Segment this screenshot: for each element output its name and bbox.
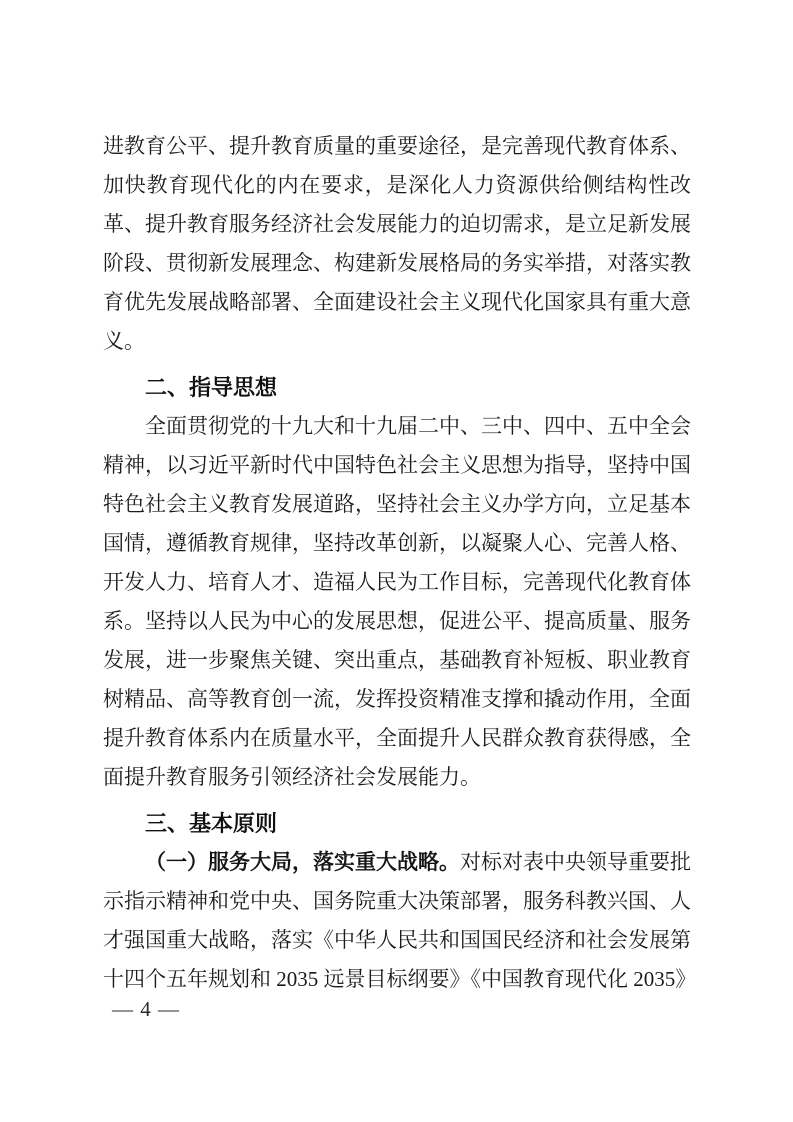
lead-phrase-serve-overall-situation: （一）服务大局，落实重大战略。 — [145, 850, 460, 874]
paragraph-continuation: 进教育公平、提升教育质量的重要途径，是完善现代教育体系、加快教育现代化的内在要求… — [103, 127, 691, 361]
section-heading-guiding-ideology: 二、指导思想 — [103, 368, 691, 407]
text-block: 进教育公平、提升教育质量的重要途径，是完善现代教育体系、加快教育现代化的内在要求… — [103, 127, 691, 999]
document-page: 进教育公平、提升教育质量的重要途径，是完善现代教育体系、加快教育现代化的内在要求… — [0, 0, 793, 1122]
paragraph-guiding-ideology: 全面贯彻党的十九大和十九届二中、三中、四中、五中全会精神，以习近平新时代中国特色… — [103, 407, 691, 797]
page-number: — 4 — — [112, 996, 180, 1022]
section-heading-basic-principles: 三、基本原则 — [103, 804, 691, 843]
paragraph-basic-principles: （一）服务大局，落实重大战略。对标对表中央领导重要批示指示精神和党中央、国务院重… — [103, 843, 691, 999]
